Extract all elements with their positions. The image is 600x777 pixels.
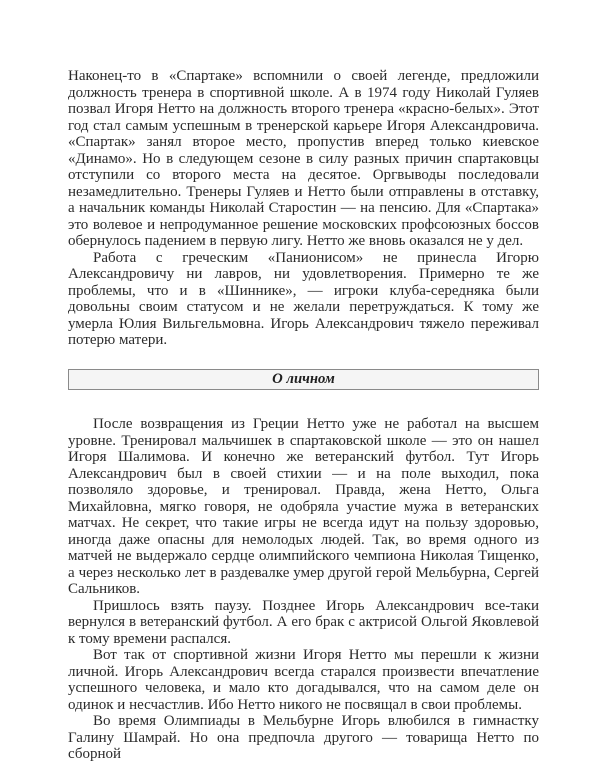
section-title: О личном [272,371,335,387]
paragraph: Во время Олимпиады в Мельбурне Игорь влю… [68,713,539,763]
paragraph: Наконец-то в «Спартаке» вспомнили о свое… [68,68,539,250]
section-header-box: О личном [68,369,539,391]
paragraph: Пришлось взять паузу. Позднее Игорь Алек… [68,598,539,648]
paragraph: Работа с греческим «Панионисом» не прине… [68,250,539,349]
paragraph: Вот так от спортивной жизни Игоря Нетто … [68,647,539,713]
page-text-column: Наконец-то в «Спартаке» вспомнили о свое… [68,68,539,763]
paragraph: После возвращения из Греции Нетто уже не… [68,416,539,598]
ebook-page: Наконец-то в «Спартаке» вспомнили о свое… [0,0,600,777]
